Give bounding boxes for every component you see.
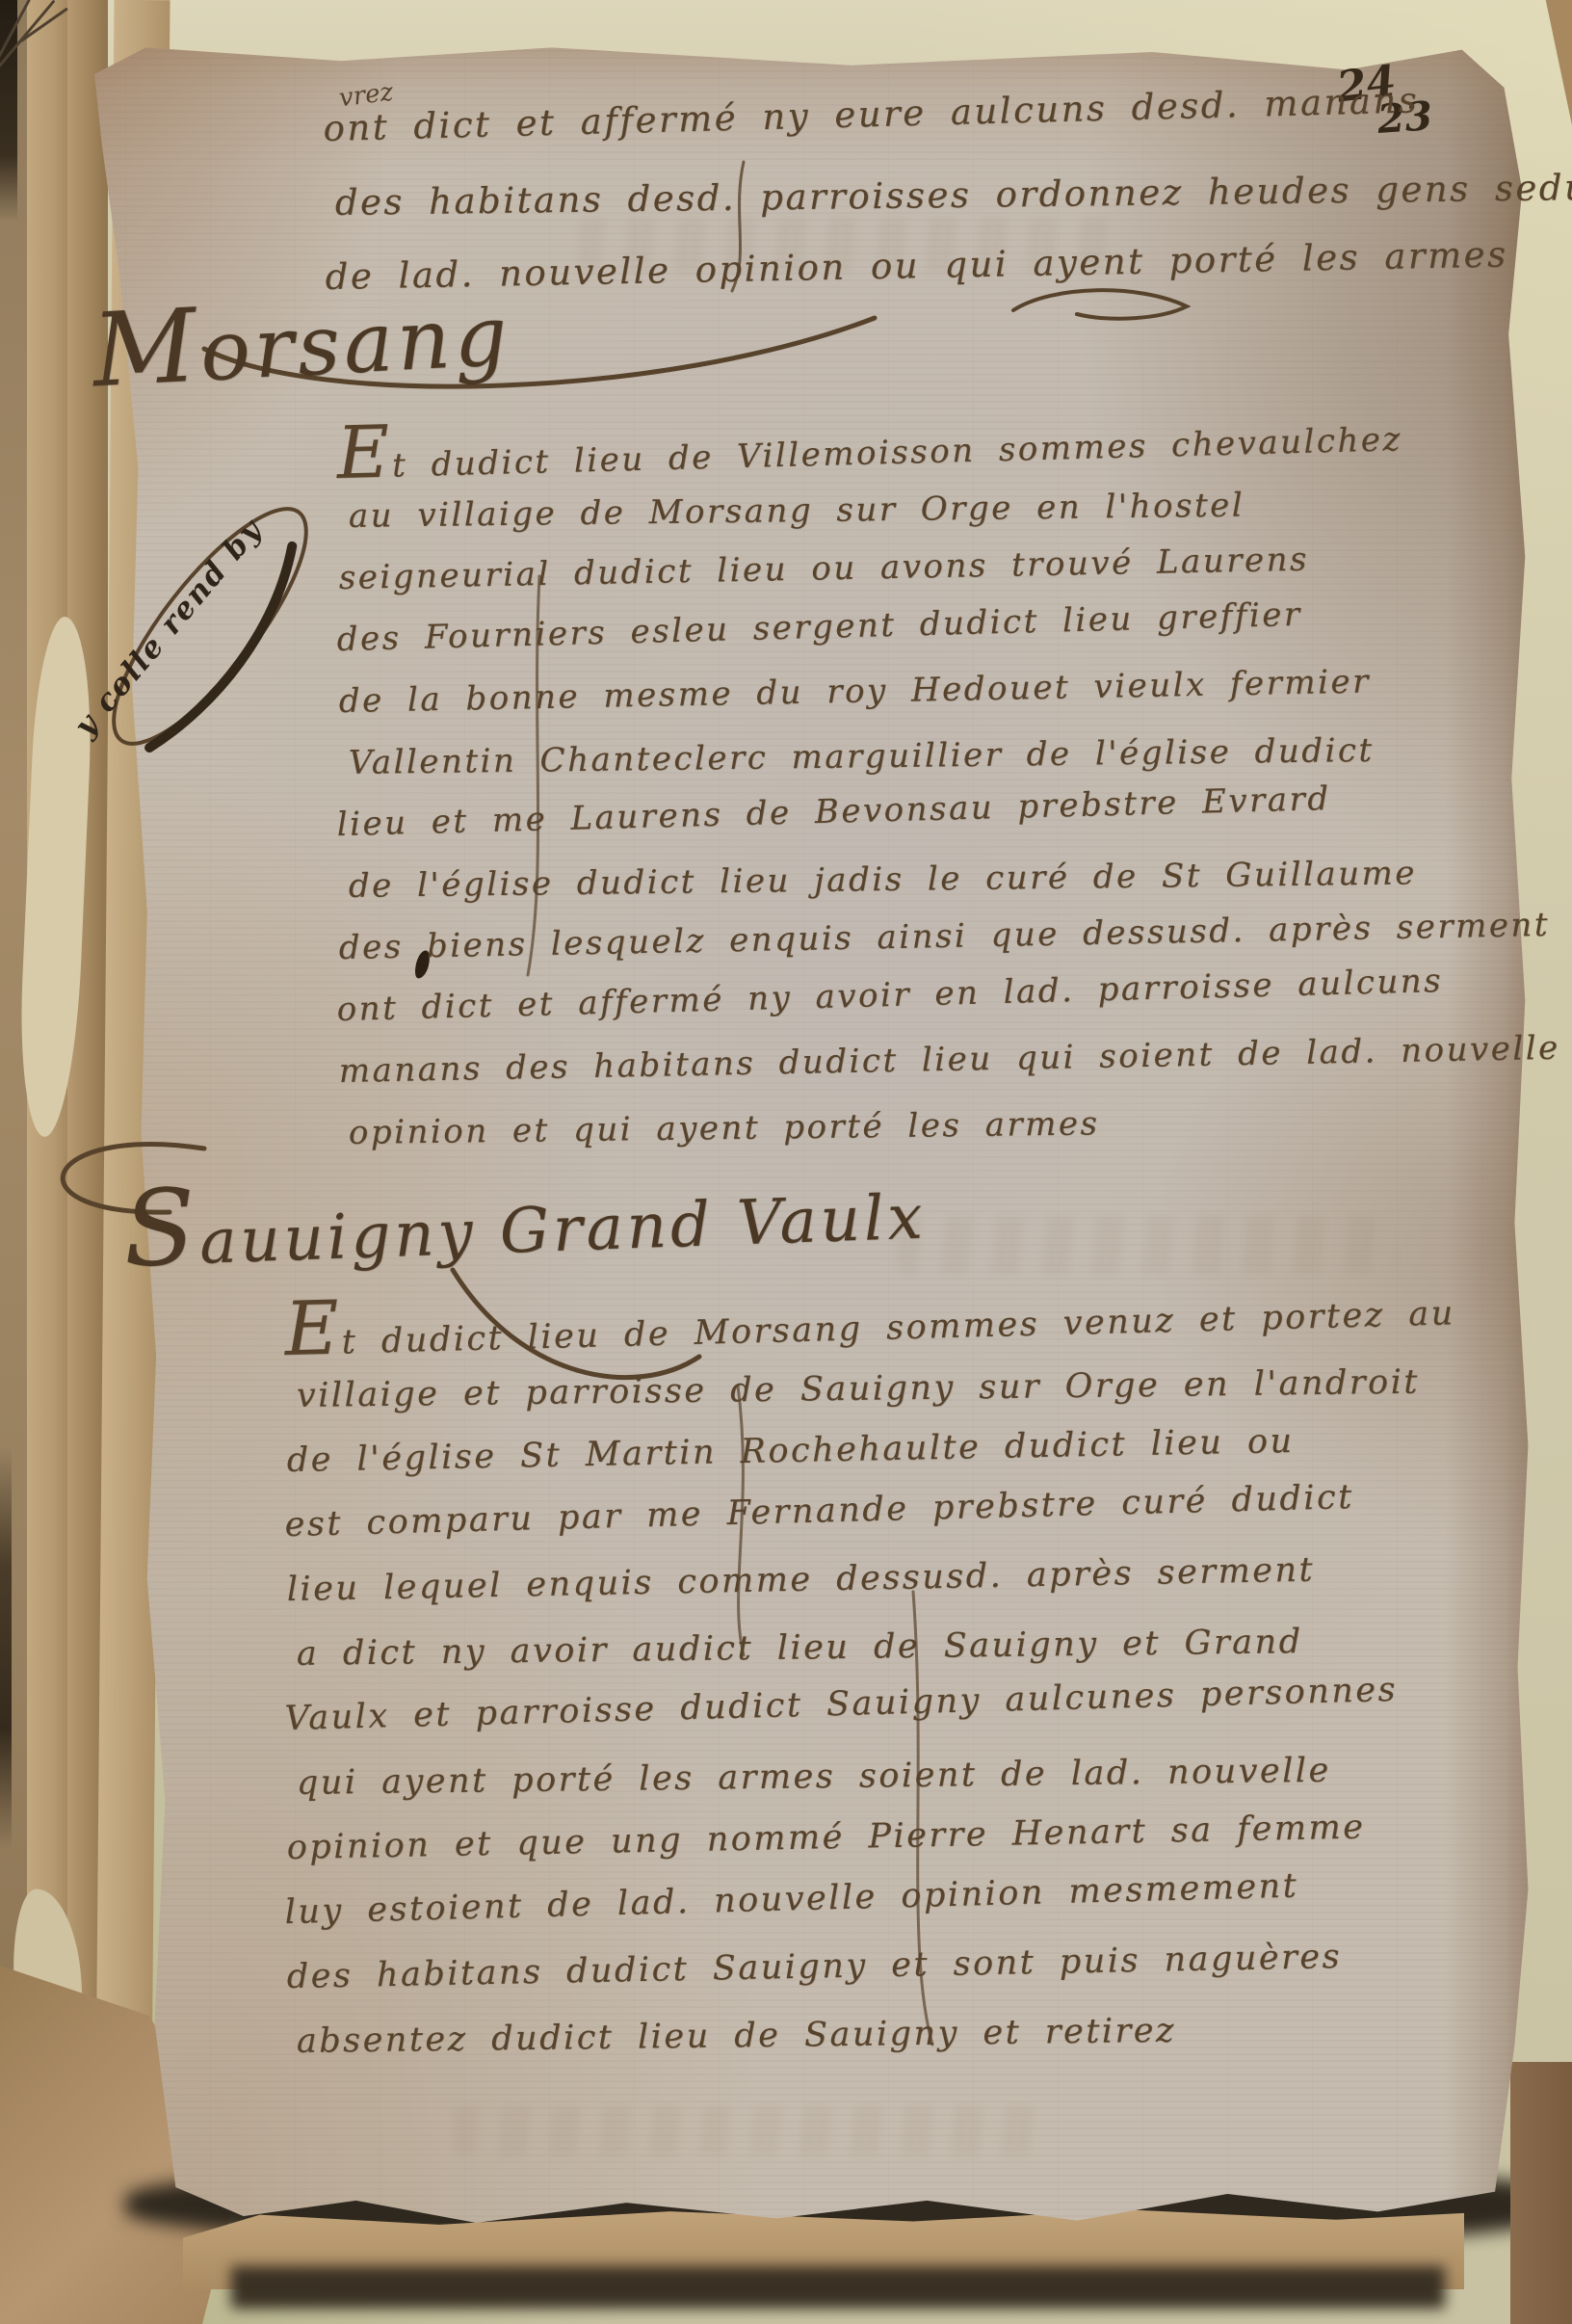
intro-paragraph: ont dict et affermé ny eure aulcuns desd… <box>326 108 1572 330</box>
manuscript-photo: vrez 24 23 ont dict et affermé ny eure a… <box>0 0 1572 2324</box>
ink-bleedthrough <box>453 2106 1050 2156</box>
paragraph-savigny: Et dudict lieu de Morsang sommes venuz e… <box>287 1312 1457 2087</box>
section-heading-morsang: Morsang <box>90 271 513 410</box>
binding-shadow-mid <box>0 1445 12 1850</box>
bottom-shadow-2 <box>231 2266 1445 2309</box>
paragraph-morsang: Et dudict lieu de Villemoisson sommes ch… <box>339 436 1560 1175</box>
ink-bleedthrough <box>896 1216 1397 1274</box>
book-edge-bottom-right <box>1510 2062 1572 2324</box>
manuscript-line: absentez dudict lieu de Sauigny et retir… <box>297 2008 1468 2087</box>
